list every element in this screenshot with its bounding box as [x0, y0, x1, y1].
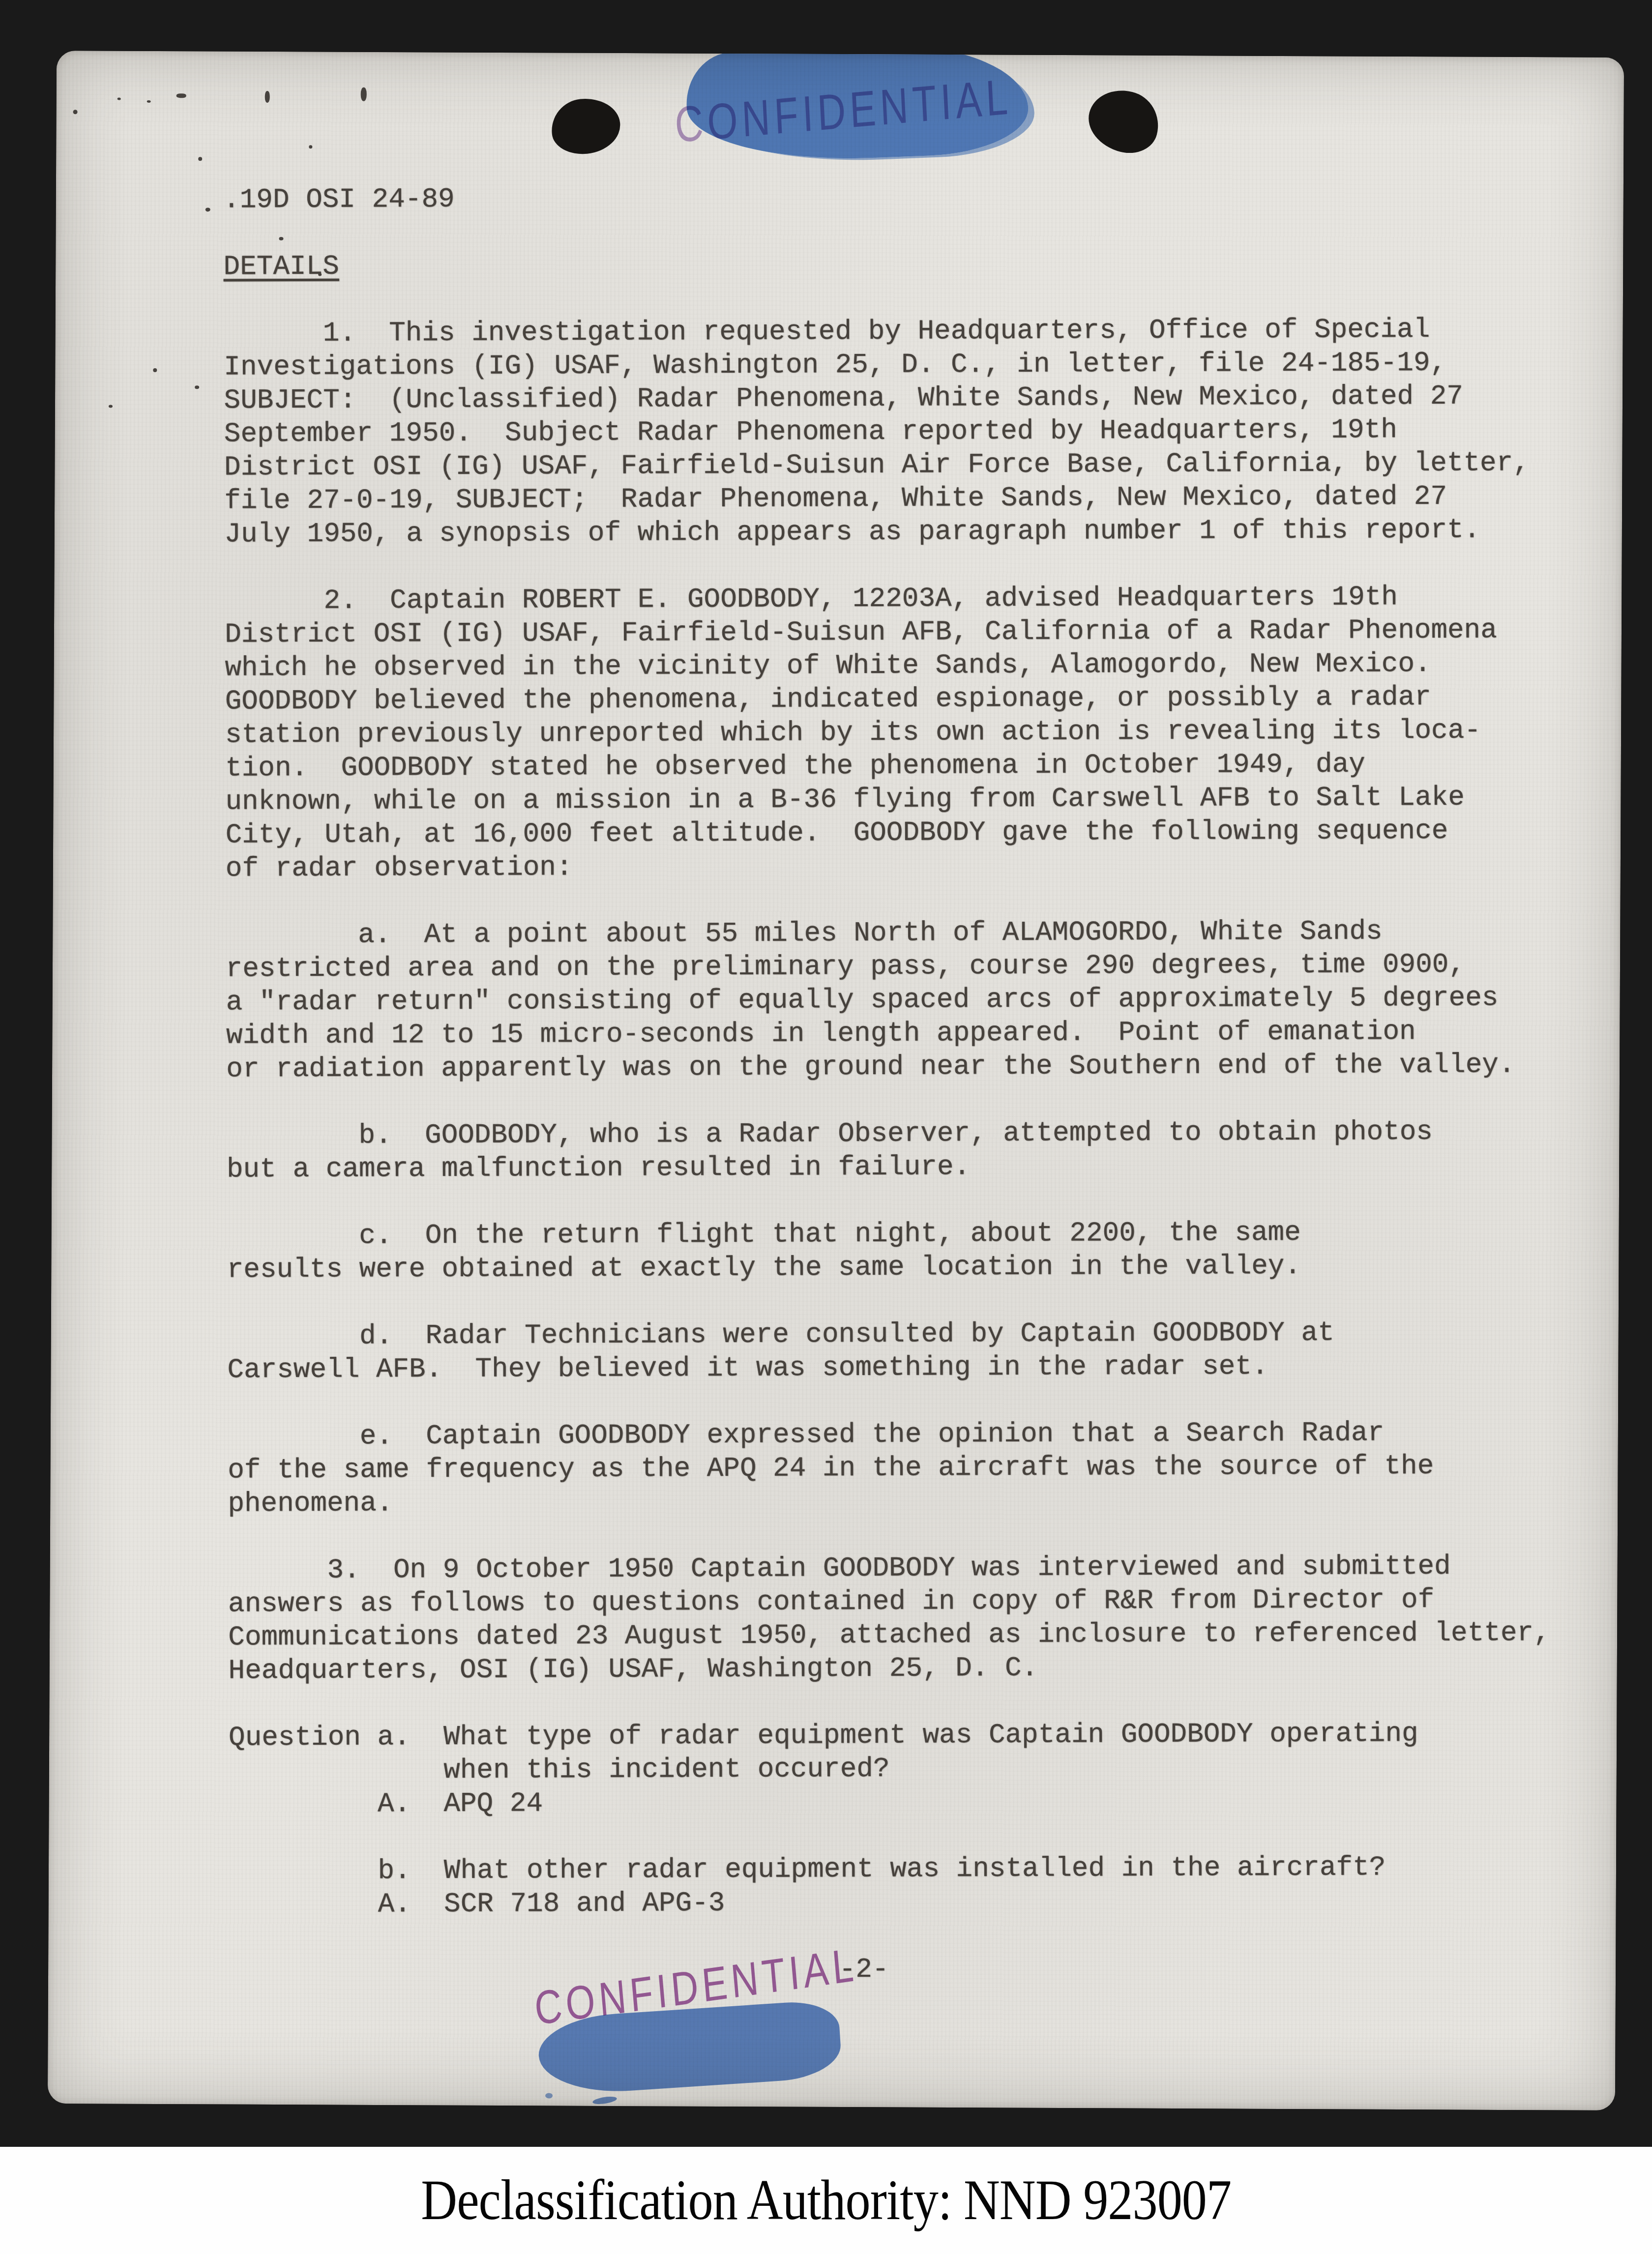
- typewritten-line: A. APQ 24: [229, 1783, 1586, 1821]
- typewritten-line: restricted area and on the preliminary p…: [226, 947, 1583, 986]
- typewritten-line: a. At a point about 55 miles North of AL…: [226, 914, 1583, 952]
- section-title-details: DETAILS: [223, 245, 1580, 284]
- typewritten-line: of radar observation:: [226, 847, 1583, 885]
- scan-speckle: [195, 385, 199, 389]
- paragraph-1: 1. This investigation requested by Headq…: [224, 312, 1582, 551]
- scanned-document-page: { "document": { "file_reference": ".19D …: [0, 0, 1652, 2254]
- scan-speckle: [198, 157, 202, 161]
- file-reference: .19D OSI 24-89: [223, 178, 1580, 217]
- subparagraph-c: c. On the return flight that night, abou…: [227, 1215, 1584, 1287]
- typewritten-line: GOODBODY believed the phenomena, indicat…: [225, 680, 1582, 718]
- typewritten-line: results were obtained at exactly the sam…: [227, 1248, 1584, 1287]
- question-a: Question a. What type of radar equipment…: [229, 1716, 1586, 1821]
- typewritten-line: District OSI (IG) USAF, Fairfield-Suisun…: [224, 446, 1581, 484]
- declassification-footer: Declassification Authority: NND 923007: [0, 2147, 1652, 2254]
- scan-speckle: [265, 91, 270, 103]
- punch-hole-left: [549, 95, 623, 157]
- paragraph-2: 2. Captain ROBERT E. GOODBODY, 12203A, a…: [225, 580, 1583, 885]
- typewritten-line: a "radar return" consisting of equally s…: [226, 981, 1583, 1019]
- typewritten-line: d. Radar Technicians were consulted by C…: [227, 1315, 1584, 1353]
- typewritten-line: c. On the return flight that night, abou…: [227, 1215, 1584, 1253]
- typewritten-line: A. SCR 718 and APG-3: [229, 1883, 1586, 1922]
- typewritten-line: b. GOODBODY, who is a Radar Observer, at…: [227, 1114, 1584, 1153]
- subparagraph-d: d. Radar Technicians were consulted by C…: [227, 1315, 1584, 1387]
- typewritten-line: unknown, while on a mission in a B-36 fl…: [225, 780, 1582, 819]
- scan-speckle: [309, 145, 312, 148]
- typewritten-line: of the same frequency as the APQ 24 in t…: [228, 1449, 1585, 1487]
- scan-speckle: [118, 98, 121, 100]
- typewritten-line: Communications dated 23 August 1950, att…: [228, 1616, 1585, 1654]
- scan-speckle: [153, 368, 157, 372]
- scan-speckle: [73, 110, 78, 114]
- scan-speckle: [147, 100, 151, 103]
- typewritten-line: City, Utah, at 16,000 feet altitude. GOO…: [225, 814, 1582, 852]
- question-b: b. What other radar equipment was instal…: [229, 1850, 1586, 1922]
- paper-sheet: .19D OSI 24-89 DETAILS 1. This investiga…: [48, 51, 1624, 2110]
- subparagraph-a: a. At a point about 55 miles North of AL…: [226, 914, 1583, 1086]
- typewritten-line: b. What other radar equipment was instal…: [229, 1850, 1586, 1888]
- document-body: .19D OSI 24-89 DETAILS 1. This investiga…: [223, 178, 1587, 1989]
- blue-marker-smudge: [592, 2095, 617, 2105]
- declassification-authority-text: Declassification Authority: NND 923007: [421, 2168, 1231, 2233]
- typewritten-line: Carswell AFB. They believed it was somet…: [227, 1348, 1584, 1387]
- typewritten-line: e. Captain GOODBODY expressed the opinio…: [228, 1415, 1585, 1454]
- typewritten-line: September 1950. Subject Radar Phenomena …: [224, 412, 1581, 451]
- typewritten-line: 2. Captain ROBERT E. GOODBODY, 12203A, a…: [225, 580, 1582, 618]
- typewritten-line: or radiation apparently was on the groun…: [226, 1048, 1583, 1086]
- paragraph-3: 3. On 9 October 1950 Captain GOODBODY wa…: [228, 1549, 1586, 1688]
- typewritten-line: Headquarters, OSI (IG) USAF, Washington …: [228, 1649, 1585, 1688]
- typewritten-line: station previously unreported which by i…: [225, 713, 1582, 752]
- paragraphs-container: 1. This investigation requested by Headq…: [224, 312, 1586, 1922]
- typewritten-line: July 1950, a synopsis of which appears a…: [224, 513, 1581, 551]
- typewritten-line: phenomena.: [228, 1482, 1585, 1521]
- scan-speckle: [206, 207, 210, 211]
- typewritten-line: 3. On 9 October 1950 Captain GOODBODY wa…: [228, 1549, 1585, 1587]
- scan-speckle: [177, 93, 186, 98]
- scan-speckle: [361, 88, 367, 101]
- punch-hole-right: [1082, 83, 1165, 160]
- typewritten-line: tion. GOODBODY stated he observed the ph…: [225, 747, 1582, 785]
- typewritten-line: width and 12 to 15 micro-seconds in leng…: [226, 1014, 1583, 1053]
- subparagraph-e: e. Captain GOODBODY expressed the opinio…: [228, 1415, 1585, 1521]
- typewritten-line: SUBJECT: (Unclassified) Radar Phenomena,…: [224, 379, 1581, 417]
- typewritten-line: which he observed in the vicinity of Whi…: [225, 646, 1582, 685]
- typewritten-line: but a camera malfunction resulted in fai…: [227, 1148, 1584, 1186]
- typewritten-line: answers as follows to questions containe…: [228, 1582, 1585, 1621]
- subparagraph-b: b. GOODBODY, who is a Radar Observer, at…: [227, 1114, 1584, 1186]
- typewritten-line: file 27-0-19, SUBJECT; Radar Phenomena, …: [224, 479, 1581, 518]
- blue-marker-smudge: [545, 2093, 553, 2098]
- typewritten-line: District OSI (IG) USAF, Fairfield-Suisun…: [225, 613, 1582, 651]
- page-number: -2-: [230, 1950, 1587, 1989]
- typewritten-line: when this incident occured?: [229, 1750, 1586, 1788]
- typewritten-line: 1. This investigation requested by Headq…: [224, 312, 1581, 351]
- scan-speckle: [109, 405, 113, 408]
- typewritten-line: Question a. What type of radar equipment…: [229, 1716, 1586, 1755]
- typewritten-line: Investigations (IG) USAF, Washington 25,…: [224, 346, 1581, 384]
